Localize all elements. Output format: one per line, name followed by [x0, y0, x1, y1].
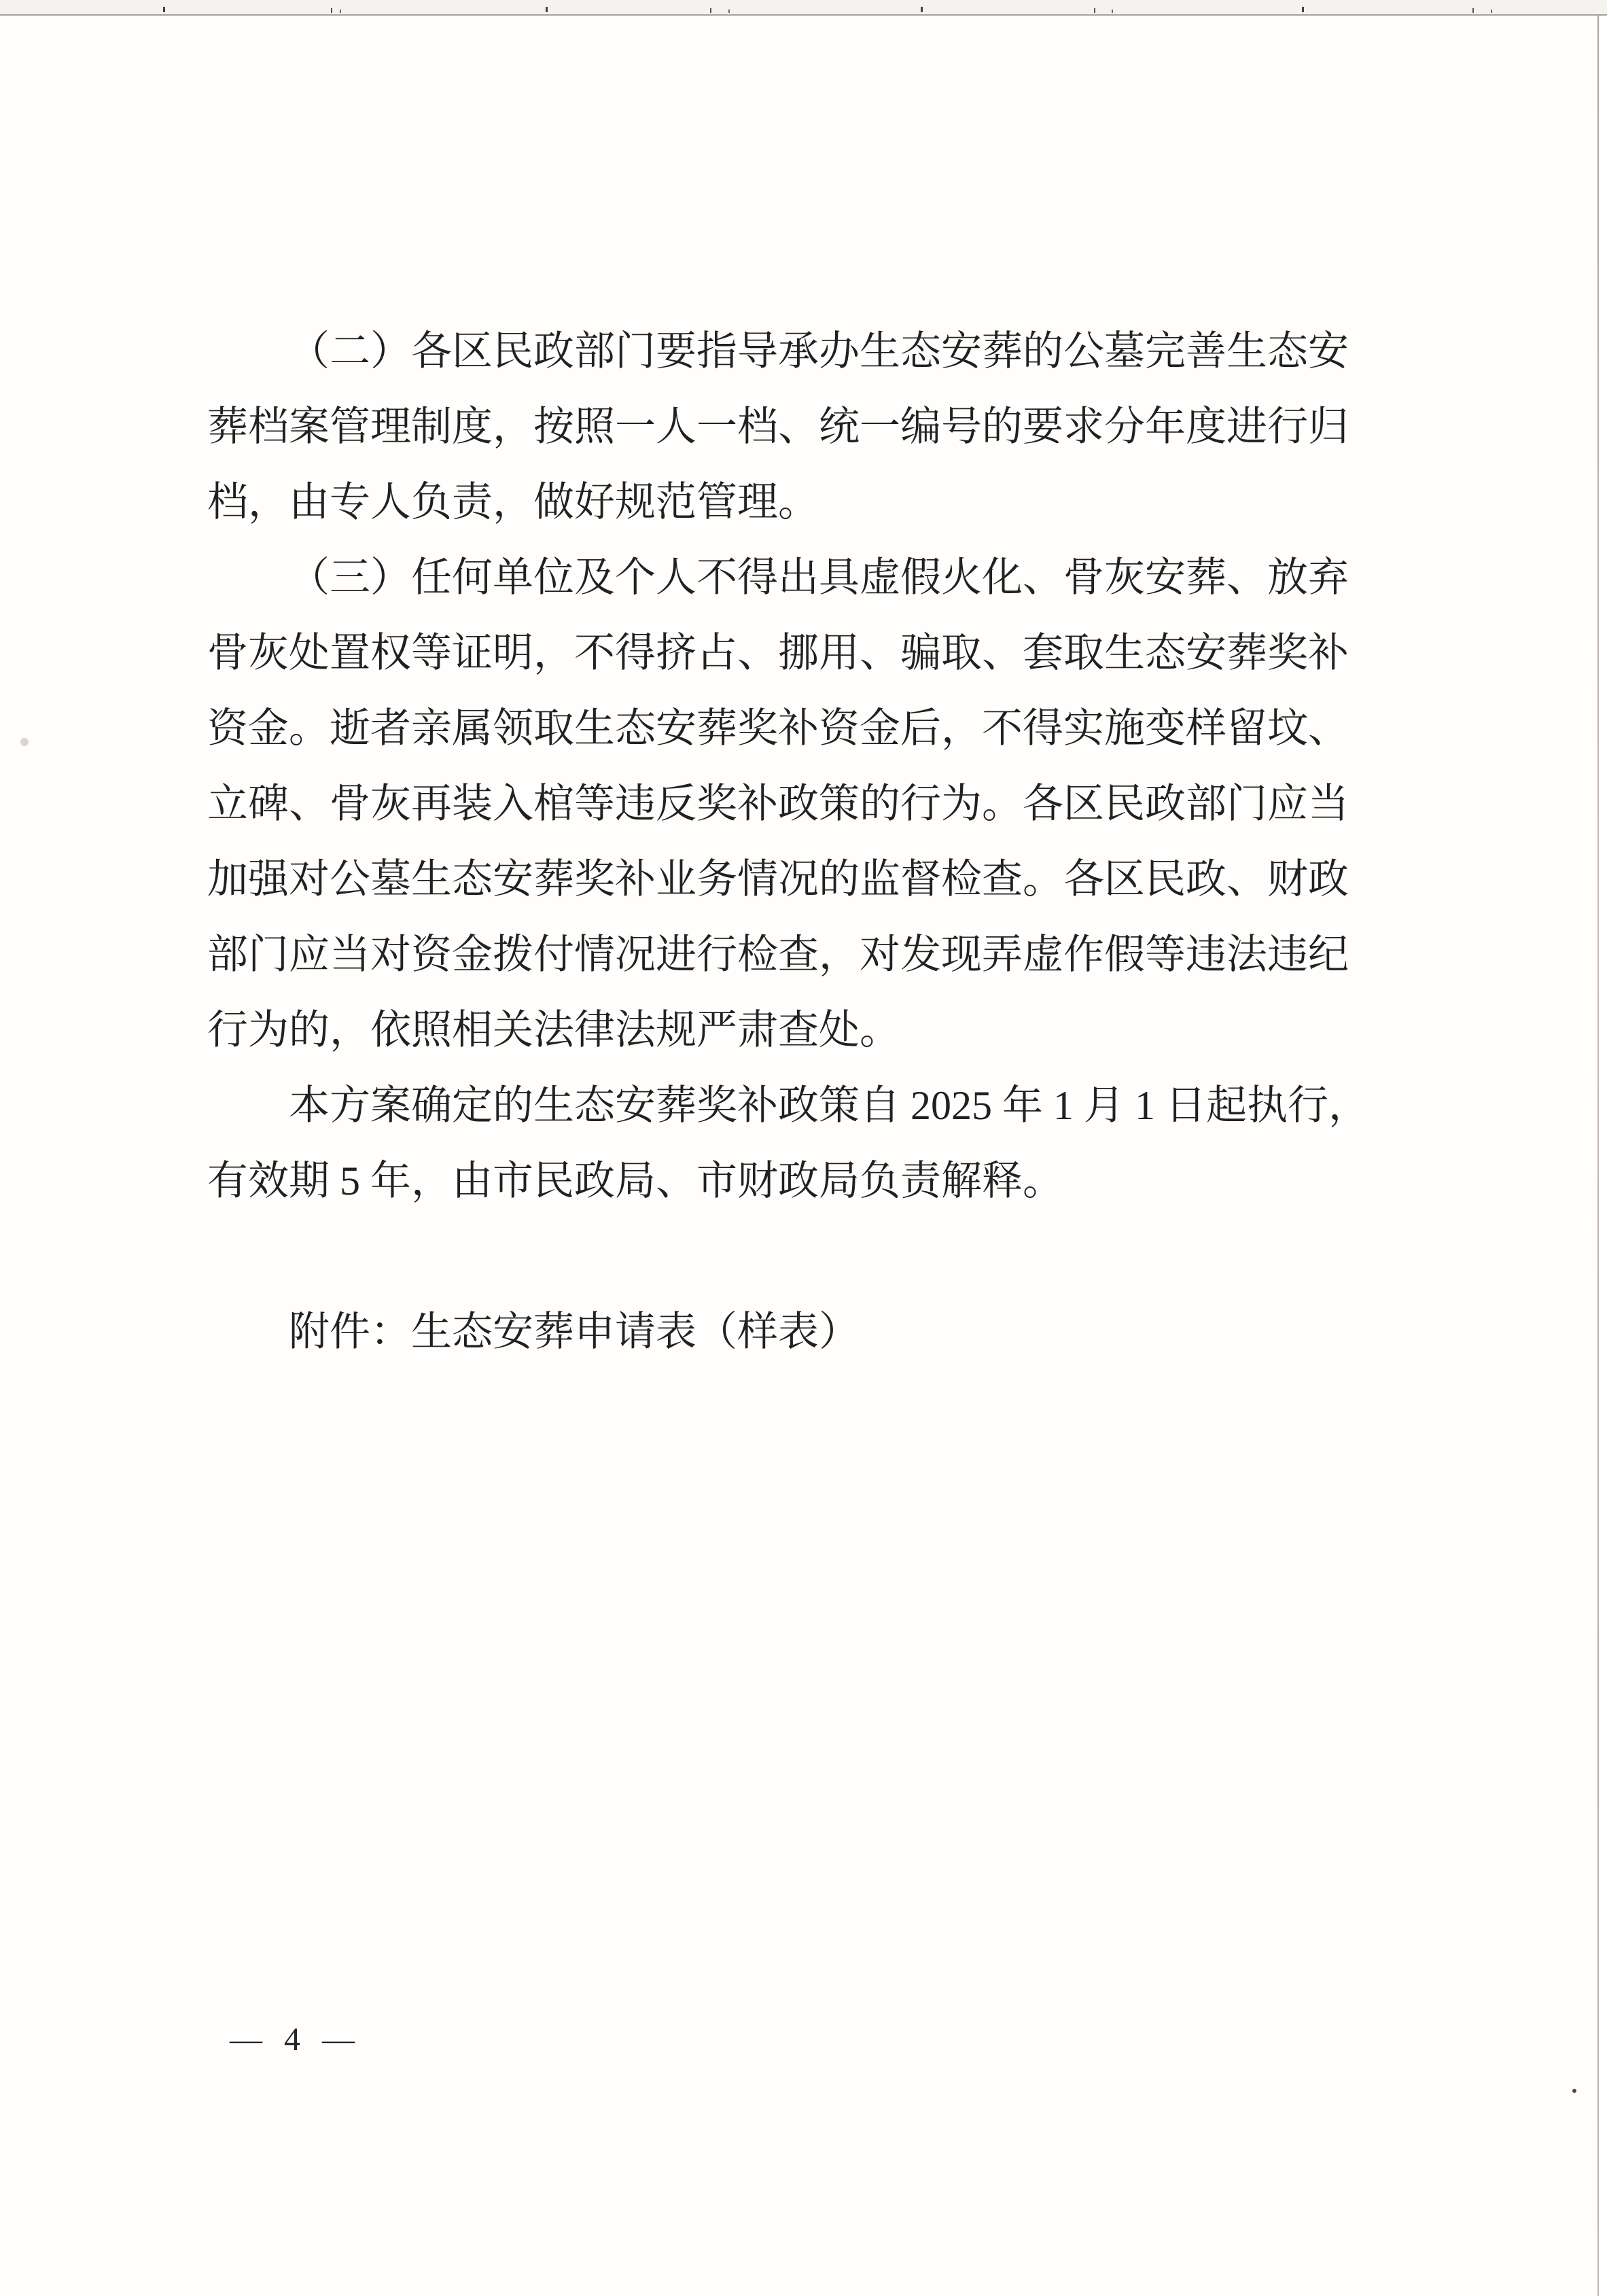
- attachment-line: 附件：生态安葬申请表（样表）: [207, 1294, 1349, 1370]
- scan-speck: [1094, 8, 1095, 13]
- text-line: 葬档案管理制度，按照一人一档、统一编号的要求分年度进行归: [207, 389, 1349, 465]
- text-line: 档，由专人负责，做好规范管理。: [207, 465, 1349, 540]
- scan-top-edge: [0, 0, 1607, 16]
- scan-speck: [710, 8, 711, 13]
- document-page: （二）各区民政部门要指导承办生态安葬的公墓完善生态安 葬档案管理制度，按照一人一…: [0, 0, 1607, 2296]
- scan-speck: [1472, 8, 1474, 13]
- text-line: （三）任何单位及个人不得出具虚假火化、骨灰安葬、放弃: [207, 540, 1349, 616]
- text-line: 骨灰处置权等证明，不得挤占、挪用、骗取、套取生态安葬奖补: [207, 616, 1349, 691]
- scan-speck: [1491, 10, 1492, 13]
- text-line: （二）各区民政部门要指导承办生态安葬的公墓完善生态安: [207, 314, 1349, 389]
- scan-speck: [728, 10, 730, 13]
- scan-speck: [921, 7, 923, 12]
- text-line: 部门应当对资金拨付情况进行检查，对发现弄虚作假等违法违纪: [207, 917, 1349, 993]
- scan-smudge: [20, 738, 29, 746]
- scan-speck: [163, 7, 165, 12]
- page-number: — 4 —: [230, 2006, 356, 2074]
- text-line: 本方案确定的生态安葬奖补政策自 2025 年 1 月 1 日起执行，: [207, 1068, 1349, 1144]
- text-line: 立碑、骨灰再装入棺等违反奖补政策的行为。各区民政部门应当: [207, 766, 1349, 842]
- text-line: 有效期 5 年，由市民政局、市财政局负责解释。: [207, 1144, 1349, 1219]
- scan-speck: [1572, 2089, 1576, 2093]
- text-line: 加强对公墓生态安葬奖补业务情况的监督检查。各区民政、财政: [207, 842, 1349, 917]
- text-line: 资金。逝者亲属领取生态安葬奖补资金后，不得实施变样留坟、: [207, 691, 1349, 766]
- document-body: （二）各区民政部门要指导承办生态安葬的公墓完善生态安 葬档案管理制度，按照一人一…: [207, 314, 1349, 1370]
- text-line: 行为的，依照相关法律法规严肃查处。: [207, 993, 1349, 1068]
- scan-right-edge: [1597, 14, 1599, 2296]
- scan-speck: [546, 7, 548, 12]
- scan-speck: [340, 10, 341, 13]
- scan-speck: [1302, 7, 1304, 12]
- blank-line: [207, 1219, 1349, 1294]
- scan-speck: [1112, 10, 1113, 13]
- scan-speck: [331, 8, 332, 13]
